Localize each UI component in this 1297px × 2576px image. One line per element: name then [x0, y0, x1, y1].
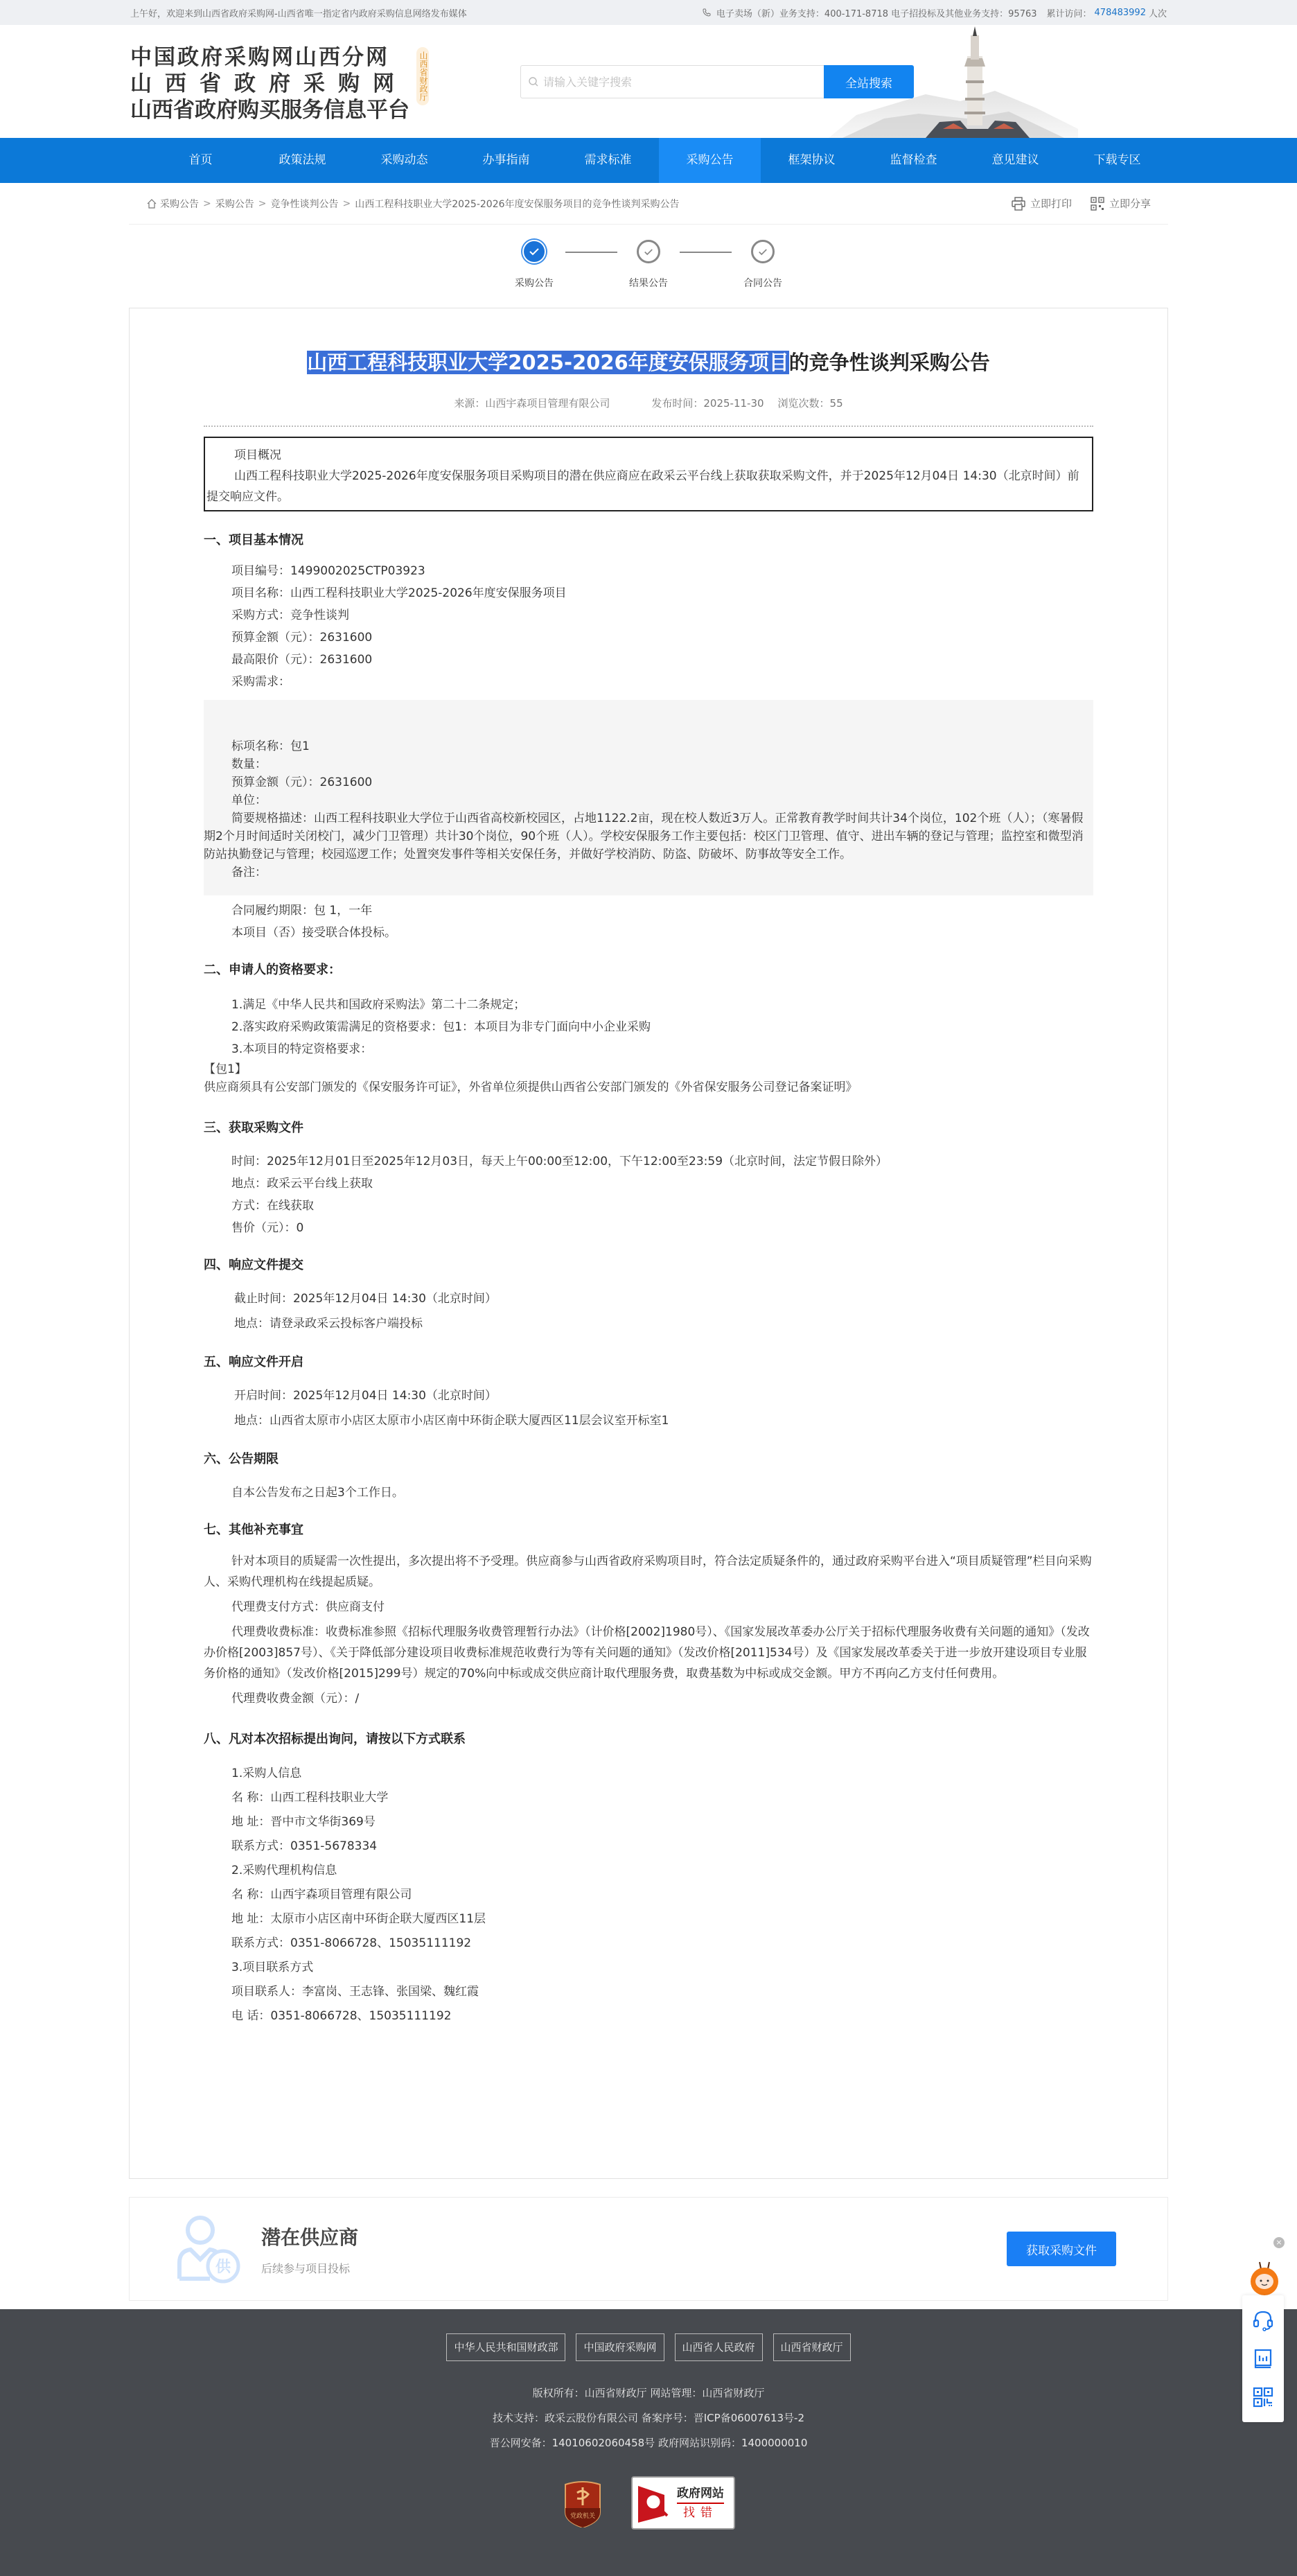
nav-item-policy[interactable]: 政策法规 [252, 138, 353, 183]
nav-item-guide[interactable]: 办事指南 [455, 138, 557, 183]
qualification-2: 2.落实政府采购政策需满足的资格要求：包1：本项目为非专门面向中小企业采购 [231, 1016, 1093, 1038]
article-meta: 来源：山西宇森项目管理有限公司 发布时间：2025-11-30浏览次数：55 [204, 396, 1093, 410]
agency-address: 地 址：太原市小店区南中环街企联大厦西区11层 [231, 1907, 1093, 1931]
article-body: 一、项目基本情况 项目编号：1499002025CTP03923 项目名称：山西… [204, 529, 1093, 2029]
contact-info: 1.采购人信息 名 称：山西工程科技职业大学 地 址：晋中市文华街369号 联系… [204, 1762, 1093, 2029]
magnifier-icon [637, 2482, 671, 2524]
agency-name: 名 称：山西宇森项目管理有限公司 [231, 1883, 1093, 1907]
site-footer: 中华人民共和国财政部 中国政府采购网 山西省人民政府 山西省财政厅 版权所有：山… [0, 2309, 1297, 2576]
purchaser-phone: 联系方式：0351-5678334 [231, 1834, 1093, 1859]
package-details: 标项名称：包1 数量： 预算金额（元）：2631600 单位： 简要规格描述：山… [204, 700, 1093, 895]
doc-method: 方式：在线获取 [231, 1195, 1093, 1217]
printer-icon [1011, 196, 1026, 211]
agency-phone: 联系方式：0351-8066728、15035111192 [231, 1931, 1093, 1956]
print-label: 立即打印 [1030, 196, 1072, 211]
project-contacts: 项目联系人：李富岗、王志锋、张国梁、魏红霞 [231, 1980, 1093, 2004]
project-contact-heading: 3.项目联系方式 [231, 1956, 1093, 1980]
logo-badge: 山西省财政厅 [416, 47, 429, 105]
welcome-text: 上午好，欢迎来到山西省政府采购网-山西省唯一指定省内政府采购信息网络发布媒体 [130, 6, 467, 19]
report-book-icon[interactable] [1252, 2347, 1274, 2369]
qr-code-icon [1090, 196, 1105, 211]
purchaser-name: 名 称：山西工程科技职业大学 [231, 1786, 1093, 1810]
footer-link-shanxi-gov[interactable]: 山西省人民政府 [675, 2333, 763, 2361]
nav-item-home[interactable]: 首页 [150, 138, 252, 183]
step-label: 合同公告 [743, 276, 782, 290]
logo-line-1: 中国政府采购网山西分网 [130, 44, 409, 71]
nav-item-framework[interactable]: 框架协议 [761, 138, 863, 183]
complaint-notice: 针对本项目的质疑需一次性提出，多次提出将不予受理。供应商参与山西省政府采购项目时… [204, 1551, 1093, 1593]
share-label: 立即分享 [1109, 196, 1151, 211]
nav-item-news[interactable]: 采购动态 [353, 138, 455, 183]
site-header: 中国政府采购网山西分网 山西省政府采购网 山西省政府购买服务信息平台 山西省财政… [0, 25, 1297, 138]
opening-time: 开启时间：2025年12月04日 14:30（北京时间） [234, 1383, 1093, 1408]
nav-item-announcements[interactable]: 采购公告 [659, 138, 761, 183]
breadcrumb-link-1[interactable]: 采购公告 [160, 197, 199, 211]
max-price: 最高限价（元）：2631600 [231, 649, 1093, 671]
breadcrumb: 采购公告> 采购公告> 竞争性谈判公告> 山西工程科技职业大学2025-2026… [146, 197, 680, 211]
visits-suffix: 人次 [1149, 6, 1167, 19]
qualification-1: 1.满足《中华人民共和国政府采购法》第二十二条规定； [231, 994, 1093, 1016]
top-info-bar: 上午好，欢迎来到山西省政府采购网-山西省唯一指定省内政府采购信息网络发布媒体 电… [0, 0, 1297, 25]
step-connector [565, 252, 617, 253]
qualification-3: 3.本项目的特定资格要求： [231, 1038, 1093, 1060]
bee-mascot-icon[interactable] [1247, 2261, 1282, 2297]
main-nav: 首页 政策法规 采购动态 办事指南 需求标准 采购公告 框架协议 监督检查 意见… [0, 138, 1297, 183]
purchaser-address: 地 址：晋中市文华街369号 [231, 1810, 1093, 1834]
section-4-title: 四、响应文件提交 [204, 1254, 1093, 1277]
package-name: 标项名称：包1 [204, 737, 1093, 755]
phone-icon [703, 8, 711, 17]
nav-item-downloads[interactable]: 下载专区 [1066, 138, 1168, 183]
home-icon[interactable] [146, 198, 157, 209]
package-description: 简要规格描述：山西工程科技职业大学位于山西省高校新校园区，占地1122.2亩，现… [204, 809, 1093, 864]
footer-link-mof[interactable]: 中华人民共和国财政部 [446, 2333, 565, 2361]
find-error-line2: 找错 [677, 2504, 724, 2522]
agency-fee-standard: 代理费收费标准：收费标准参照《招标代理服务收费管理暂行办法》（计价格[2002]… [204, 1622, 1093, 1684]
contract-period: 合同履约期限：包 1，一年 [231, 900, 1093, 922]
supplier-title: 潜在供应商 [261, 2223, 1007, 2250]
package-quantity: 数量： [204, 755, 1093, 773]
page-title: 山西工程科技职业大学2025-2026年度安保服务项目的竞争性谈判采购公告 [204, 349, 1093, 376]
site-logo[interactable]: 中国政府采购网山西分网 山西省政府采购网 山西省政府购买服务信息平台 山西省财政… [130, 44, 429, 123]
check-circle-icon [522, 240, 546, 263]
project-number: 项目编号：1499002025CTP03923 [231, 560, 1093, 582]
consortium-bid: 本项目（否）接受联合体投标。 [231, 922, 1093, 944]
float-close-icon[interactable]: × [1273, 2237, 1285, 2248]
package-budget: 预算金额（元）：2631600 [204, 773, 1093, 791]
party-gov-badge-icon[interactable]: 党政机关 [562, 2479, 603, 2527]
section-2-title: 二、申请人的资格要求： [204, 959, 1093, 981]
package-remark: 备注： [204, 864, 1093, 882]
opening-location: 地点：山西省太原市小店区太原市小店区南中环街企联大厦西区11层会议室开标室1 [234, 1408, 1093, 1433]
check-circle-icon [637, 240, 660, 263]
support-info: 电子卖场（新）业务支持：400-171-8718 电子招投标及其他业务支持：95… [703, 6, 1167, 19]
logo-line-3: 山西省政府购买服务信息平台 [130, 97, 409, 123]
step-label: 采购公告 [515, 276, 554, 290]
support-text: 电子卖场（新）业务支持：400-171-8718 电子招投标及其他业务支持：95… [716, 6, 1037, 19]
check-circle-icon [751, 240, 775, 263]
purchaser-heading: 1.采购人信息 [231, 1762, 1093, 1786]
footer-link-ccgp[interactable]: 中国政府采购网 [576, 2333, 664, 2361]
supplier-user-icon: 供 [171, 2211, 247, 2287]
footer-security: 晋公网安备：14010602060458号 政府网站识别码：1400000010 [0, 2430, 1297, 2455]
project-name: 项目名称：山西工程科技职业大学2025-2026年度安保服务项目 [231, 582, 1093, 604]
customer-service-headset-icon[interactable] [1252, 2309, 1274, 2331]
section-8-title: 八、凡对本次招标提出询问，请按以下方式联系 [204, 1728, 1093, 1751]
divider [204, 426, 1093, 427]
agency-heading: 2.采购代理机构信息 [231, 1859, 1093, 1883]
svg-text:供: 供 [215, 2259, 231, 2276]
breadcrumb-current: 山西工程科技职业大学2025-2026年度安保服务项目的竞争性谈判采购公告 [355, 197, 679, 211]
nav-item-supervision[interactable]: 监督检查 [863, 138, 964, 183]
package-unit: 单位： [204, 791, 1093, 809]
find-error-line1: 政府网站 [677, 2485, 724, 2504]
footer-copyright: 版权所有：山西省财政厅 网站管理：山西省财政厅 [0, 2381, 1297, 2406]
breadcrumb-link-3[interactable]: 竞争性谈判公告 [270, 197, 338, 211]
print-button[interactable]: 立即打印 [1011, 196, 1072, 211]
doc-price: 售价（元）：0 [231, 1217, 1093, 1239]
announcement-period: 自本公告发布之日起3个工作日。 [231, 1482, 1093, 1504]
breadcrumb-link-2[interactable]: 采购公告 [215, 197, 254, 211]
supplier-subtitle: 后续参与项目投标 [261, 2260, 1007, 2276]
visits-label: 累计访问： [1047, 6, 1092, 19]
section-5-title: 五、响应文件开启 [204, 1351, 1093, 1374]
section-7-title: 七、其他补充事宜 [204, 1519, 1093, 1541]
nav-item-standards[interactable]: 需求标准 [557, 138, 659, 183]
float-toolbar [1242, 2295, 1284, 2422]
footer-link-shanxi-finance[interactable]: 山西省财政厅 [773, 2333, 851, 2361]
footer-tech-support: 技术支持：政采云股份有限公司 备案序号：晋ICP备06007613号-2 [0, 2406, 1297, 2430]
submission-location: 地点：请登录政采云投标客户端投标 [234, 1311, 1093, 1336]
project-phone: 电 话：0351-8066728、15035111192 [231, 2004, 1093, 2029]
overview-title: 项目概况 [206, 445, 1082, 466]
overview-text: 山西工程科技职业大学2025-2026年度安保服务项目采购项目的潜在供应商应在政… [206, 466, 1082, 507]
breadcrumb-bar: 采购公告> 采购公告> 竞争性谈判公告> 山西工程科技职业大学2025-2026… [129, 183, 1168, 225]
search-icon [528, 76, 539, 87]
agency-fee-amount: 代理费收费金额（元）：/ [204, 1688, 1093, 1709]
qr-code-icon[interactable] [1252, 2386, 1274, 2408]
logo-line-2: 山西省政府采购网 [130, 71, 409, 97]
announcement-progress: 采购公告 结果公告 合同公告 [0, 225, 1297, 308]
submission-deadline: 截止时间：2025年12月04日 14:30（北京时间） [234, 1286, 1093, 1311]
step-label: 结果公告 [629, 276, 668, 290]
doc-location: 地点：政采云平台线上获取 [231, 1173, 1093, 1195]
agency-fee-payment: 代理费支付方式：供应商支付 [204, 1597, 1093, 1618]
visits-count: 478483992 [1095, 8, 1146, 18]
announcement-card: 山西工程科技职业大学2025-2026年度安保服务项目的竞争性谈判采购公告 来源… [129, 308, 1168, 2179]
section-3-title: 三、获取采购文件 [204, 1117, 1093, 1139]
get-procurement-docs-button[interactable]: 获取采购文件 [1007, 2232, 1116, 2266]
title-rest: 的竞争性谈判采购公告 [789, 351, 990, 374]
gov-site-find-error-badge[interactable]: 政府网站 找错 [631, 2476, 735, 2530]
procurement-requirement: 采购需求： [231, 671, 1093, 693]
title-selected-text: 山西工程科技职业大学2025-2026年度安保服务项目 [307, 351, 788, 374]
search-input[interactable] [543, 76, 824, 89]
section-1-title: 一、项目基本情况 [204, 529, 1093, 552]
doc-time: 时间：2025年12月01日至2025年12月03日，每天上午00:00至12:… [231, 1150, 1093, 1173]
step-result[interactable]: 结果公告 [617, 240, 680, 308]
step-connector [680, 252, 732, 253]
step-procurement[interactable]: 采购公告 [503, 240, 565, 308]
overview-box: 项目概况 山西工程科技职业大学2025-2026年度安保服务项目采购项目的潜在供… [204, 437, 1093, 511]
step-contract[interactable]: 合同公告 [732, 240, 794, 308]
share-button[interactable]: 立即分享 [1090, 196, 1151, 211]
potential-supplier-bar: 供 潜在供应商 后续参与项目投标 获取采购文件 [129, 2197, 1168, 2301]
article-source: 来源：山西宇森项目管理有限公司 [454, 396, 610, 410]
nav-item-feedback[interactable]: 意见建议 [964, 138, 1066, 183]
special-qualification: 供应商须具有公安部门颁发的《保安服务许可证》，外省单位须提供山西省公安部门颁发的… [204, 1078, 1093, 1096]
pagoda-banner-image [829, 25, 1078, 138]
package-label: 【包1】 [204, 1060, 1093, 1078]
procurement-method: 采购方式：竞争性谈判 [231, 604, 1093, 627]
section-6-title: 六、公告期限 [204, 1448, 1093, 1471]
svg-text:党政机关: 党政机关 [570, 2512, 595, 2520]
article-publish-time: 发布时间：2025-11-30 [651, 397, 764, 410]
budget-amount: 预算金额（元）：2631600 [231, 627, 1093, 649]
search-field[interactable] [520, 65, 824, 98]
article-views: 浏览次数：55 [778, 397, 843, 410]
